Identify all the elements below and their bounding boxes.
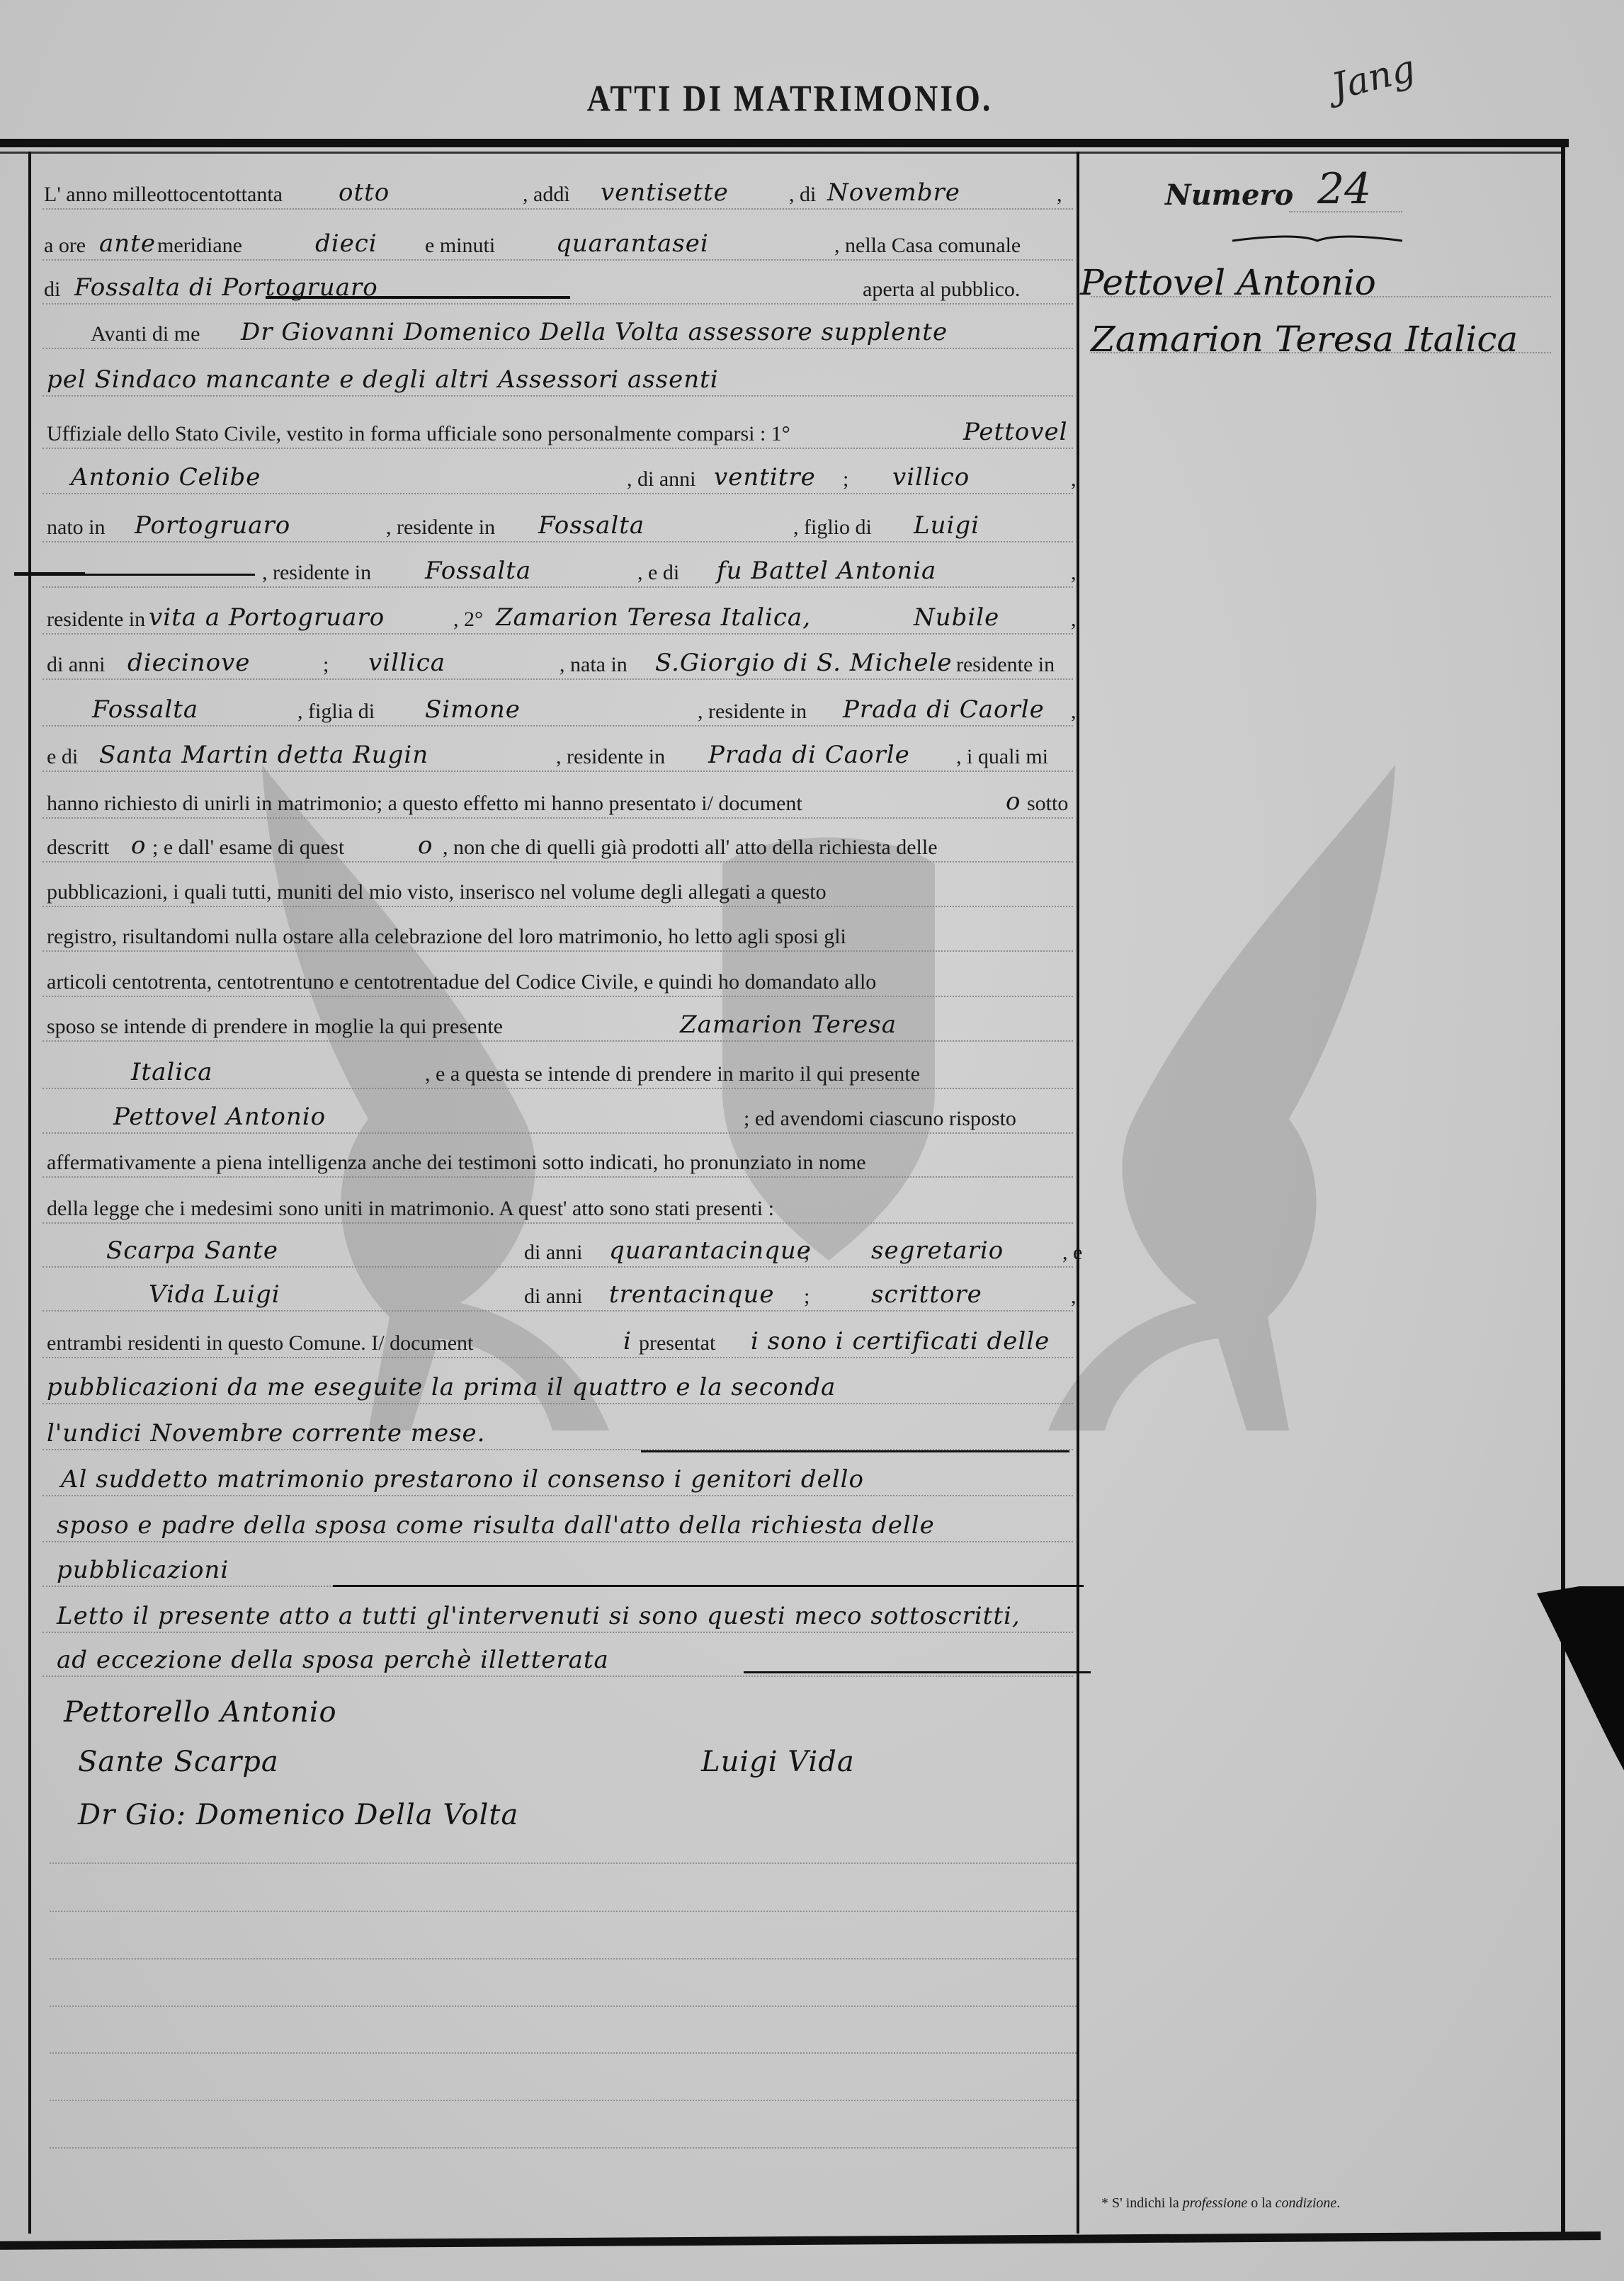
column-divider-line xyxy=(1077,152,1079,2234)
handwritten-entry: Al suddetto matrimonio prestarono il con… xyxy=(61,1465,864,1494)
printed-text: , 2° xyxy=(453,608,483,632)
printed-text: , xyxy=(1057,183,1062,207)
printed-text: , residente in xyxy=(556,745,665,769)
rule-father-blank xyxy=(14,574,255,576)
handwritten-entry: Italica xyxy=(131,1058,212,1086)
handwritten-entry: Dr Giovanni Domenico Della Volta assesso… xyxy=(241,318,948,346)
footnote: * S' indichi la professione o la condizi… xyxy=(1101,2195,1340,2212)
handwritten-entry: pubblicazioni da me eseguite la prima il… xyxy=(47,1373,836,1401)
ruled-line xyxy=(42,1632,1073,1633)
printed-text: meridiane xyxy=(157,234,242,258)
printed-text: , figlio di xyxy=(793,516,872,540)
blank-ruled-line xyxy=(50,1958,1077,1959)
ruled-line xyxy=(42,1266,1073,1268)
printed-text: sposo se intende di prendere in moglie l… xyxy=(47,1015,503,1039)
handwritten-entry: l'undici Novembre corrente mese. xyxy=(47,1419,485,1447)
printed-text: entrambi residenti in questo Comune. I/ … xyxy=(47,1331,473,1355)
handwritten-entry: o xyxy=(1006,787,1021,816)
printed-text: e di xyxy=(47,745,78,769)
printed-text: ; xyxy=(843,467,848,491)
signature: Sante Scarpa xyxy=(78,1746,279,1778)
handwritten-entry: o xyxy=(131,831,146,860)
printed-text: della legge che i medesimi sono uniti in… xyxy=(47,1197,774,1221)
printed-text: , residente in xyxy=(262,561,371,585)
ruled-line xyxy=(42,1495,1073,1496)
handwritten-entry: ante xyxy=(99,229,156,258)
blank-ruled-line xyxy=(50,1862,1077,1864)
handwritten-entry: Pettovel xyxy=(963,418,1067,446)
printed-text: residente in xyxy=(47,608,145,632)
printed-text: sotto xyxy=(1027,792,1068,816)
handwritten-entry: Santa Martin detta Rugin xyxy=(99,741,428,769)
signature: Luigi Vida xyxy=(701,1746,855,1778)
ruled-line xyxy=(42,448,1073,449)
handwritten-entry: dieci xyxy=(315,229,377,258)
ruled-line xyxy=(42,817,1073,819)
printed-text: ; ed avendomi ciascuno risposto xyxy=(744,1107,1016,1131)
ruled-line xyxy=(42,678,1073,680)
ruled-line xyxy=(42,541,1073,542)
footnote-suffix: . xyxy=(1336,2195,1340,2211)
ruled-line xyxy=(42,1088,1073,1089)
printed-text: ; xyxy=(804,1285,810,1309)
ruled-line xyxy=(42,395,1073,397)
top-thick-rule xyxy=(0,139,1569,147)
handwritten-entry: quarantasei xyxy=(556,229,709,258)
printed-text: di anni xyxy=(524,1285,583,1309)
handwritten-entry: Nubile xyxy=(914,603,999,632)
margin-bride-name: Zamarion Teresa Italica xyxy=(1091,319,1518,360)
ruled-line xyxy=(42,1176,1073,1178)
blank-ruled-line xyxy=(50,2006,1077,2007)
printed-text: di anni xyxy=(47,653,106,677)
ruled-line xyxy=(42,1310,1073,1312)
top-thin-rule xyxy=(0,152,1565,154)
printed-text: articoli centotrenta, centotrentuno e ce… xyxy=(47,970,876,994)
printed-text: , xyxy=(1071,1285,1077,1309)
blank-ruled-line xyxy=(50,2052,1077,2054)
printed-text: nato in xyxy=(47,516,106,540)
register-number-label: Numero xyxy=(1165,178,1293,212)
ruled-line xyxy=(42,725,1073,727)
signature: Pettorello Antonio xyxy=(64,1696,337,1729)
ruled-line xyxy=(42,906,1073,907)
handwritten-entry: Fossalta xyxy=(538,511,645,540)
handwritten-entry: villico xyxy=(892,463,970,491)
printed-text: residente in xyxy=(956,653,1055,677)
handwritten-entry: o xyxy=(418,831,433,860)
printed-text: Uffiziale dello Stato Civile, vestito in… xyxy=(47,422,790,446)
handwritten-entry: i sono i certificati delle xyxy=(751,1327,1050,1355)
handwritten-entry: Luigi xyxy=(914,511,979,540)
printed-text: , xyxy=(1071,561,1077,585)
ruled-line xyxy=(42,1357,1073,1358)
margin-line-2 xyxy=(1091,352,1551,353)
printed-text: , residente in xyxy=(698,700,807,724)
handwritten-entry: Vida Luigi xyxy=(149,1280,280,1309)
footnote-profession: professione xyxy=(1183,2195,1247,2211)
footnote-middle: o la xyxy=(1247,2195,1275,2211)
handwritten-entry: Fossalta xyxy=(425,557,531,585)
ruled-line xyxy=(42,259,1073,261)
printed-text: , nata in xyxy=(560,653,628,677)
handwritten-entry: Scarpa Sante xyxy=(106,1236,278,1265)
rule-after-pubblicazioni xyxy=(333,1585,1084,1587)
printed-text: , xyxy=(1071,467,1077,491)
left-frame-line xyxy=(28,152,31,2234)
printed-text: , xyxy=(1071,608,1077,632)
handwritten-entry: diecinove xyxy=(127,649,250,677)
printed-text: descritt xyxy=(47,836,109,860)
ruled-line xyxy=(42,1676,1073,1677)
blank-ruled-line xyxy=(50,2100,1077,2101)
handwritten-entry: Zamarion Teresa Italica, xyxy=(496,603,811,632)
handwritten-entry: i xyxy=(623,1327,632,1355)
handwritten-entry: Fossalta xyxy=(92,695,198,724)
ruled-line xyxy=(42,1040,1073,1042)
printed-text: , di xyxy=(789,183,816,207)
printed-text: presentat xyxy=(639,1331,715,1355)
ruled-line xyxy=(42,208,1073,210)
printed-text: , i quali mi xyxy=(956,745,1048,769)
printed-text: di xyxy=(44,278,60,302)
printed-text: di anni xyxy=(524,1241,583,1265)
ruled-line xyxy=(42,348,1073,349)
printed-text: registro, risultandomi nulla ostare alla… xyxy=(47,925,846,949)
ruled-line xyxy=(42,996,1073,997)
printed-text: pubblicazioni, i quali tutti, muniti del… xyxy=(47,880,827,904)
handwritten-entry: ventisette xyxy=(601,178,729,207)
printed-text: , e xyxy=(1062,1241,1082,1265)
printed-text: , e di xyxy=(637,561,679,585)
printed-text: hanno richiesto di unirli in matrimonio;… xyxy=(47,792,802,816)
register-number-value: 24 xyxy=(1317,164,1371,214)
printed-text: ; e dall' esame di quest xyxy=(152,836,344,860)
ruled-line xyxy=(42,303,1073,305)
printed-text: , di anni xyxy=(627,467,696,491)
handwritten-entry: trentacinque xyxy=(609,1280,774,1309)
printed-text: Avanti di me xyxy=(91,322,200,346)
printed-text: e minuti xyxy=(425,234,495,258)
printed-text: ; xyxy=(323,653,329,677)
flourish-divider-icon xyxy=(1232,234,1402,245)
ruled-line xyxy=(42,1222,1073,1224)
handwritten-entry: otto xyxy=(339,178,390,207)
handwritten-entry: fu Battel Antonia xyxy=(717,557,936,585)
blank-ruled-line xyxy=(50,1911,1077,1912)
handwritten-entry: ventitre xyxy=(714,463,816,491)
right-frame-line xyxy=(1561,142,1565,2238)
printed-text: , residente in xyxy=(386,516,495,540)
blank-ruled-line xyxy=(50,2147,1077,2149)
ruled-line xyxy=(42,770,1073,772)
handwritten-entry: Portogruaro xyxy=(135,511,290,540)
handwritten-entry: Prada di Caorle xyxy=(708,741,910,769)
footnote-condition: condizione xyxy=(1276,2195,1337,2211)
handwritten-entry: sposo e padre della sposa come risulta d… xyxy=(57,1511,935,1540)
handwritten-entry: Prada di Caorle xyxy=(843,695,1045,724)
handwritten-entry: Zamarion Teresa xyxy=(680,1011,897,1039)
handwritten-entry: ad eccezione della sposa perchè illetter… xyxy=(57,1646,609,1674)
ruled-line xyxy=(42,586,1073,588)
handwritten-entry: pel Sindaco mancante e degli altri Asses… xyxy=(47,365,719,394)
ruled-line xyxy=(42,1132,1073,1134)
handwritten-entry: S.Giorgio di S. Michele xyxy=(655,649,952,677)
printed-text: , addì xyxy=(523,183,570,207)
signature: Dr Gio: Domenico Della Volta xyxy=(78,1799,518,1831)
ruled-line xyxy=(42,633,1073,635)
printed-text: a ore xyxy=(44,234,86,258)
footnote-prefix: * S' indichi la xyxy=(1101,2195,1183,2211)
handwritten-entry: segretario xyxy=(871,1236,1004,1265)
ruled-line xyxy=(42,861,1073,863)
handwritten-entry: scrittore xyxy=(871,1280,982,1309)
printed-text: , nella Casa comunale xyxy=(834,234,1021,258)
handwritten-entry: villica xyxy=(368,649,445,677)
printed-text: aperta al pubblico. xyxy=(863,278,1020,302)
printed-text: ; xyxy=(804,1241,810,1265)
ruled-line xyxy=(42,950,1073,952)
handwritten-entry: vita a Portogruaro xyxy=(149,603,385,632)
ruled-line xyxy=(42,493,1073,494)
printed-text: , non che di quelli già prodotti all' at… xyxy=(443,836,938,860)
rule-after-date xyxy=(266,296,570,299)
handwritten-entry: Simone xyxy=(425,695,521,724)
handwritten-entry: Letto il presente atto a tutti gl'interv… xyxy=(57,1602,1021,1630)
rule-after-mese xyxy=(641,1450,1069,1452)
handwritten-entry: Novembre xyxy=(827,178,960,207)
handwritten-entry: Antonio Celibe xyxy=(71,463,261,491)
margin-line-1 xyxy=(1091,296,1551,297)
printed-text: , figlia di xyxy=(297,700,375,724)
printed-text: L' anno milleottocentottanta xyxy=(44,183,283,207)
printed-text: , e a questa se intende di prendere in m… xyxy=(425,1062,920,1086)
printed-text: affermativamente a piena intelligenza an… xyxy=(47,1151,866,1175)
handwritten-entry: Pettovel Antonio xyxy=(113,1103,326,1131)
handwritten-entry: quarantacinque xyxy=(609,1236,812,1265)
numero-underline xyxy=(1289,211,1402,212)
ruled-line xyxy=(42,1403,1073,1404)
ruled-line xyxy=(42,1541,1073,1542)
binding-shadow-icon xyxy=(1537,1586,1624,1770)
rule-after-illetterata xyxy=(744,1671,1091,1673)
handwritten-entry: pubblicazioni xyxy=(57,1556,229,1584)
printed-text: , xyxy=(1071,700,1077,724)
